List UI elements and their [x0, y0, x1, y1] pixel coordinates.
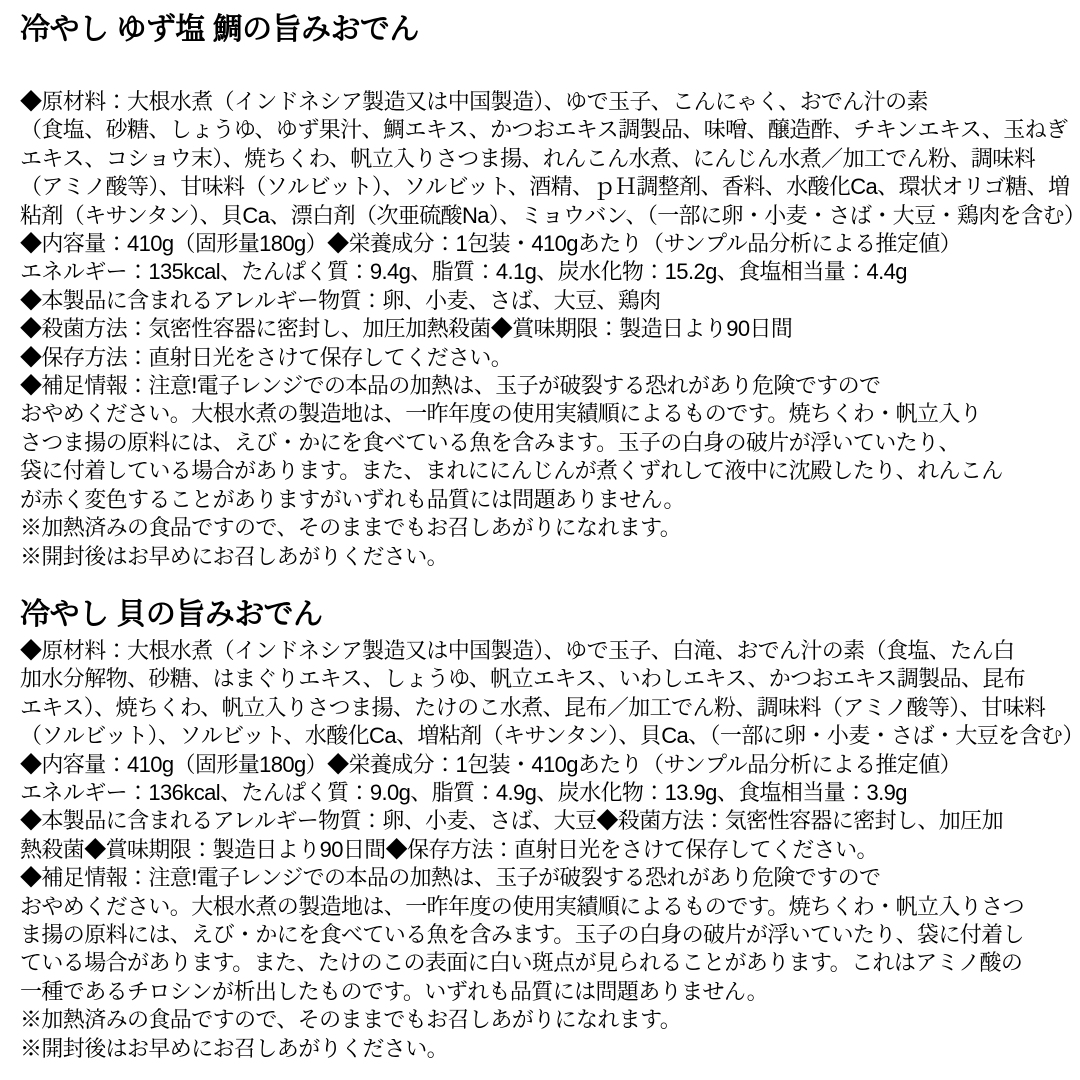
text-line: 加水分解物、砂糖、はまぐりエキス、しょうゆ、帆立エキス、いわしエキス、かつおエキ… — [20, 665, 1070, 693]
text-line: ◆原材料：大根水煮（インドネシア製造又は中国製造）、ゆで玉子、白滝、おでん汁の素… — [20, 637, 1070, 665]
text-line: 粘剤（キサンタン）、貝Ca、漂白剤（次亜硫酸Na）、ミョウバン、（一部に卵・小麦… — [20, 202, 1070, 230]
text-line: ◆内容量：410g（固形量180g）◆栄養成分：1包装・410gあたり（サンプル… — [20, 751, 1070, 779]
text-line: ※加熱済みの食品ですので、そのままでもお召しあがりになれます。 — [20, 1006, 1070, 1034]
text-line: ◆内容量：410g（固形量180g）◆栄養成分：1包装・410gあたり（サンプル… — [20, 230, 1070, 258]
text-line: ◆殺菌方法：気密性容器に密封し、加圧加熱殺菌◆賞味期限：製造日より90日間 — [20, 315, 1070, 343]
text-line: ◆補足情報：注意!電子レンジでの本品の加熱は、玉子が破裂する恐れがあり危険ですの… — [20, 372, 1070, 400]
text-line: （ソルビット）、ソルビット、水酸化Ca、増粘剤（キサンタン）、貝Ca、（一部に卵… — [20, 722, 1070, 750]
text-line: ◆本製品に含まれるアレルギー物質：卵、小麦、さば、大豆、鶏肉 — [20, 287, 1070, 315]
text-line: エキス）、焼ちくわ、帆立入りさつま揚、たけのこ水煮、昆布／加工でん粉、調味料（ア… — [20, 694, 1070, 722]
text-line: ◆原材料：大根水煮（インドネシア製造又は中国製造）、ゆで玉子、こんにゃく、おでん… — [20, 88, 1070, 116]
text-line: ま揚の原料には、えび・かにを食べている魚を含みます。玉子の白身の破片が浮いていた… — [20, 921, 1070, 949]
product-title: 冷やし ゆず塩 鯛の旨みおでん — [20, 12, 1070, 48]
product-section-yuzu-tai-oden: 冷やし ゆず塩 鯛の旨みおでん ◆原材料：大根水煮（インドネシア製造又は中国製造… — [20, 12, 1070, 571]
text-line: さつま揚の原料には、えび・かにを食べている魚を含みます。玉子の白身の破片が浮いて… — [20, 429, 1070, 457]
text-line: ◆補足情報：注意!電子レンジでの本品の加熱は、玉子が破裂する恐れがあり危険ですの… — [20, 864, 1070, 892]
text-line: （アミノ酸等）、甘味料（ソルビット）、ソルビット、酒精、ｐＨ調整剤、香料、水酸化… — [20, 173, 1070, 201]
product-title: 冷やし 貝の旨みおでん — [20, 597, 1070, 633]
text-line: ※開封後はお早めにお召しあがりください。 — [20, 1035, 1070, 1063]
text-line: 熱殺菌◆賞味期限：製造日より90日間◆保存方法：直射日光をさけて保存してください… — [20, 836, 1070, 864]
text-line: エネルギー：136kcal、たんぱく質：9.0g、脂質：4.9g、炭水化物：13… — [20, 779, 1070, 807]
text-line: 袋に付着している場合があります。また、まれににんじんが煮くずれして液中に沈殿した… — [20, 457, 1070, 485]
text-line: おやめください。大根水煮の製造地は、一昨年度の使用実績順によるものです。焼ちくわ… — [20, 893, 1070, 921]
text-line: が赤く変色することがありますがいずれも品質には問題ありません。 — [20, 486, 1070, 514]
text-line: ている場合があります。また、たけのこの表面に白い斑点が見られることがあります。こ… — [20, 949, 1070, 977]
text-line: エネルギー：135kcal、たんぱく質：9.4g、脂質：4.1g、炭水化物：15… — [20, 258, 1070, 286]
text-line: エキス、コショウ末）、焼ちくわ、帆立入りさつま揚、れんこん水煮、にんじん水煮／加… — [20, 145, 1070, 173]
text-line: ◆本製品に含まれるアレルギー物質：卵、小麦、さば、大豆◆殺菌方法：気密性容器に密… — [20, 807, 1070, 835]
text-line: ※加熱済みの食品ですので、そのままでもお召しあがりになれます。 — [20, 514, 1070, 542]
text-line: （食塩、砂糖、しょうゆ、ゆず果汁、鯛エキス、かつおエキス調製品、味噌、醸造酢、チ… — [20, 116, 1070, 144]
product-section-kai-oden: 冷やし 貝の旨みおでん ◆原材料：大根水煮（インドネシア製造又は中国製造）、ゆで… — [20, 597, 1070, 1063]
product-info-page: 冷やし ゆず塩 鯛の旨みおでん ◆原材料：大根水煮（インドネシア製造又は中国製造… — [0, 0, 1080, 1080]
text-line: ※開封後はお早めにお召しあがりください。 — [20, 543, 1070, 571]
text-line: 一種であるチロシンが析出したものです。いずれも品質には問題ありません。 — [20, 978, 1070, 1006]
text-line: ◆保存方法：直射日光をさけて保存してください。 — [20, 344, 1070, 372]
text-line: おやめください。大根水煮の製造地は、一昨年度の使用実績順によるものです。焼ちくわ… — [20, 400, 1070, 428]
